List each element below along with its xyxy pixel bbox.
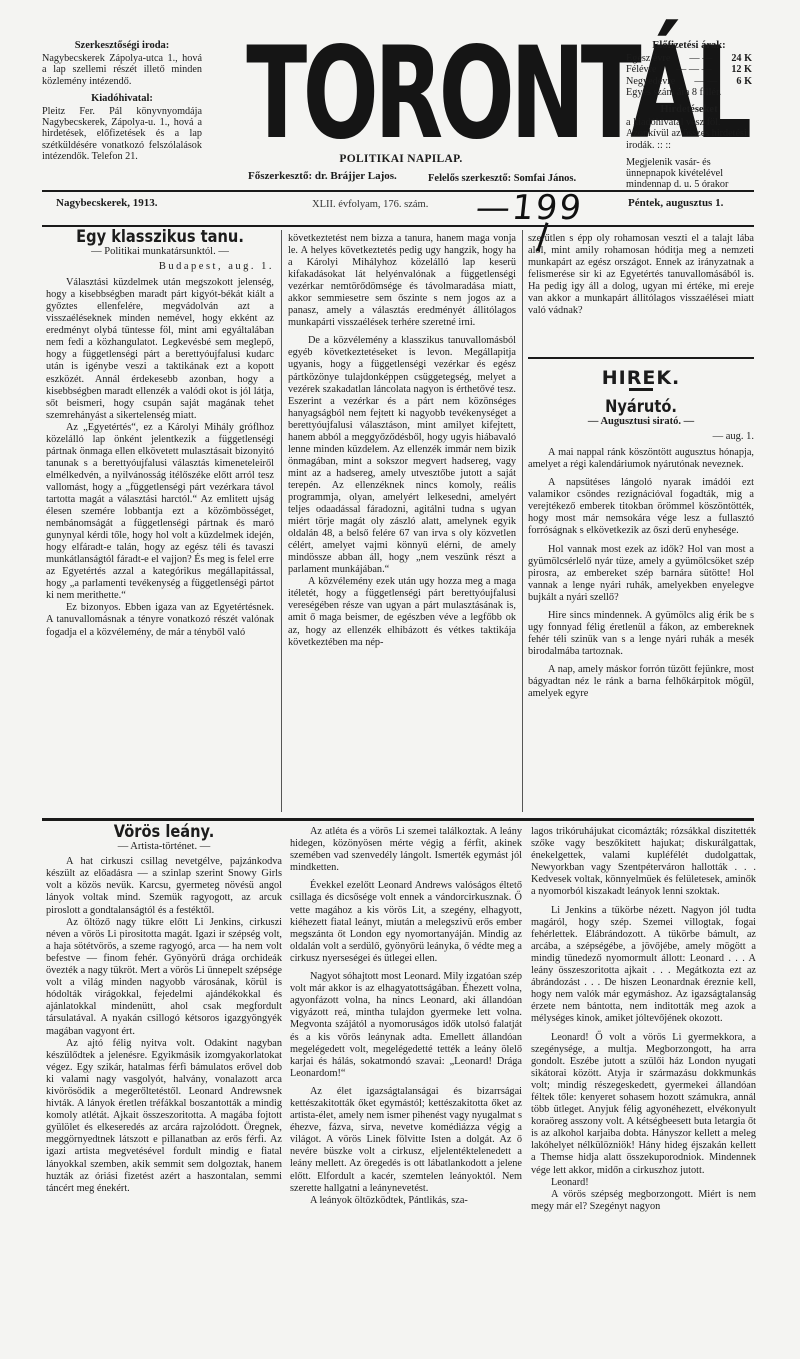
paragraph: következtetést nem bizza a tanura, hanem… xyxy=(288,233,516,329)
price-label: Egész évre xyxy=(626,53,670,64)
paragraph: A közvélemény ezek után ugy hozza meg a … xyxy=(288,576,516,648)
single-issue-price: Egyes szám ára 8 fillér. xyxy=(626,87,752,98)
article-title: Egy klasszikus tanu. xyxy=(62,231,258,243)
feuilleton-column-1: Vörös leány. — Artista-történet. — A hat… xyxy=(46,826,282,1195)
news-dek: — Augusztusi sirató. — xyxy=(528,416,754,428)
price-value: 6 K xyxy=(736,76,752,87)
news-section-title: HIREK. xyxy=(528,372,754,384)
schedule-text: Megjelenik vasár- és ünnepnapok kivételé… xyxy=(626,157,752,191)
price-dashes: — — xyxy=(694,76,717,87)
office-heading: Szerkesztőségi iroda: xyxy=(42,40,202,51)
newspaper-subtitle: POLITIKAI NAPILAP. xyxy=(186,153,616,165)
feuilleton-title: Vörös leány. xyxy=(63,826,266,838)
subscription-box: Előfizetési árak: Egész évre — — 24 K Fé… xyxy=(626,40,752,196)
article-column-3: szerűtlen s épp oly rohamosan veszti el … xyxy=(528,233,754,317)
feuilleton-column-3: lagos trikóruhájukat cicomázták; rózsákk… xyxy=(531,826,756,1213)
paragraph: Az ajtó félig nyitva volt. Odakint nagyb… xyxy=(46,1038,282,1195)
paragraph: Leonard! xyxy=(531,1177,756,1189)
feuilleton-column-2: Az atléta és a vörös Li szemei találkozt… xyxy=(290,826,522,1207)
issue-date: Péntek, augusztus 1. xyxy=(628,197,723,209)
paragraph: Az atléta és a vörös Li szemei találkozt… xyxy=(290,826,522,874)
feuilleton-dek: — Artista-történet. — xyxy=(46,841,282,853)
price-row: Félévre — — — 12 K xyxy=(626,64,752,75)
paragraph: A napsütéses lángoló nyarak imádói ezt v… xyxy=(528,477,754,537)
column-divider xyxy=(281,230,282,812)
paragraph: Ez bizonyos. Ebben igaza van az Egyetért… xyxy=(46,602,274,638)
paragraph: Választási küzdelmek után megszokott jel… xyxy=(46,277,274,422)
place-year: Nagybecskerek, 1913. xyxy=(56,197,158,209)
price-row: Egész évre — — 24 K xyxy=(626,53,752,64)
paragraph: A nap, amely máskor forrón tüzött fejünk… xyxy=(528,664,754,700)
office-text: Nagybecskerek Zápolya-utca 1., hová a la… xyxy=(42,53,202,87)
paragraph: A vörös szépség megborzongott. Miért is … xyxy=(531,1189,756,1213)
editorial-office-box: Szerkesztőségi iroda: Nagybecskerek Zápo… xyxy=(42,40,202,168)
price-dashes: — — — xyxy=(676,64,712,75)
paragraph: Az élet igazságtalanságai és bizarrságai… xyxy=(290,1086,522,1195)
paragraph: Hol vannak most ezek az idők? Hol van mo… xyxy=(528,544,754,604)
article-column-1: Egy klasszikus tanu. — Politikai munkatá… xyxy=(46,231,274,639)
paragraph: A hat cirkuszi csillag nevetgélve, pajzá… xyxy=(46,856,282,916)
managing-editor: Felelős szerkesztő: Somfai János. xyxy=(428,173,576,184)
paragraph: Li Jenkins a tükörbe nézett. Nagyon jól … xyxy=(531,905,756,1026)
publisher-heading: Kiadóhivatal: xyxy=(42,93,202,104)
ads-text: a kiadóhivatal vesz föl. Azonkívül az ös… xyxy=(626,117,752,151)
prices-heading: Előfizetési árak: xyxy=(626,40,752,51)
section-divider xyxy=(528,357,754,359)
price-label: Félévre xyxy=(626,64,657,75)
paragraph: Az öltöző nagy tükre előtt Li Jenkins, c… xyxy=(46,917,282,1038)
article-dateline: Budapest, aug. 1. xyxy=(46,261,274,273)
feuilleton-rule xyxy=(42,818,754,821)
paragraph: Hire sincs mindennek. A gyümölcs alig ér… xyxy=(528,610,754,658)
article-dek: — Politikai munkatársunktól. — xyxy=(46,246,274,258)
article-column-2: következtetést nem bizza a tanura, hanem… xyxy=(288,233,516,649)
ads-heading: Hirdetéseket xyxy=(626,104,752,115)
newspaper-logo: TORONTÁL xyxy=(246,34,556,154)
price-value: 12 K xyxy=(731,64,752,75)
price-dashes: — — xyxy=(689,53,712,64)
column-divider xyxy=(522,230,523,812)
news-dateline: — aug. 1. xyxy=(528,431,754,443)
paragraph: Az „Egyetértés“, ez a Károlyi Mihály gró… xyxy=(46,422,274,603)
paragraph: Nagyot sóhajtott most Leonard. Mily izga… xyxy=(290,971,522,1080)
paragraph: Évekkel ezelőtt Leonard Andrews valóságo… xyxy=(290,880,522,965)
news-title: Nyárutó. xyxy=(544,401,738,413)
paragraph: De a közvélemény a klasszikus tanuvallom… xyxy=(288,335,516,576)
masthead-rule-top xyxy=(42,190,754,192)
paragraph: Leonard! Ő volt a vörös Li gyermekkora, … xyxy=(531,1032,756,1177)
price-row: Negyedévre — — 6 K xyxy=(626,76,752,87)
paragraph: lagos trikóruhájukat cicomázták; rózsákk… xyxy=(531,826,756,899)
paragraph: A leányok öltözködtek, Pántlikás, sza- xyxy=(290,1195,522,1207)
paragraph: A mai nappal ránk köszöntött augusztus h… xyxy=(528,447,754,471)
issue-number: XLII. évfolyam, 176. szám. xyxy=(312,199,428,210)
price-label: Negyedévre xyxy=(626,76,675,87)
price-value: 24 K xyxy=(731,53,752,64)
publisher-text: Pleitz Fer. Pál könyvnyomdája Nagybecske… xyxy=(42,106,202,162)
handwritten-number: —199 xyxy=(474,191,584,225)
paragraph: szerűtlen s épp oly rohamosan veszti el … xyxy=(528,233,754,317)
chief-editor: Főszerkesztő: dr. Brájjer Lajos. xyxy=(248,170,397,182)
news-column: HIREK. Nyárutó. — Augusztusi sirató. — —… xyxy=(528,366,754,700)
